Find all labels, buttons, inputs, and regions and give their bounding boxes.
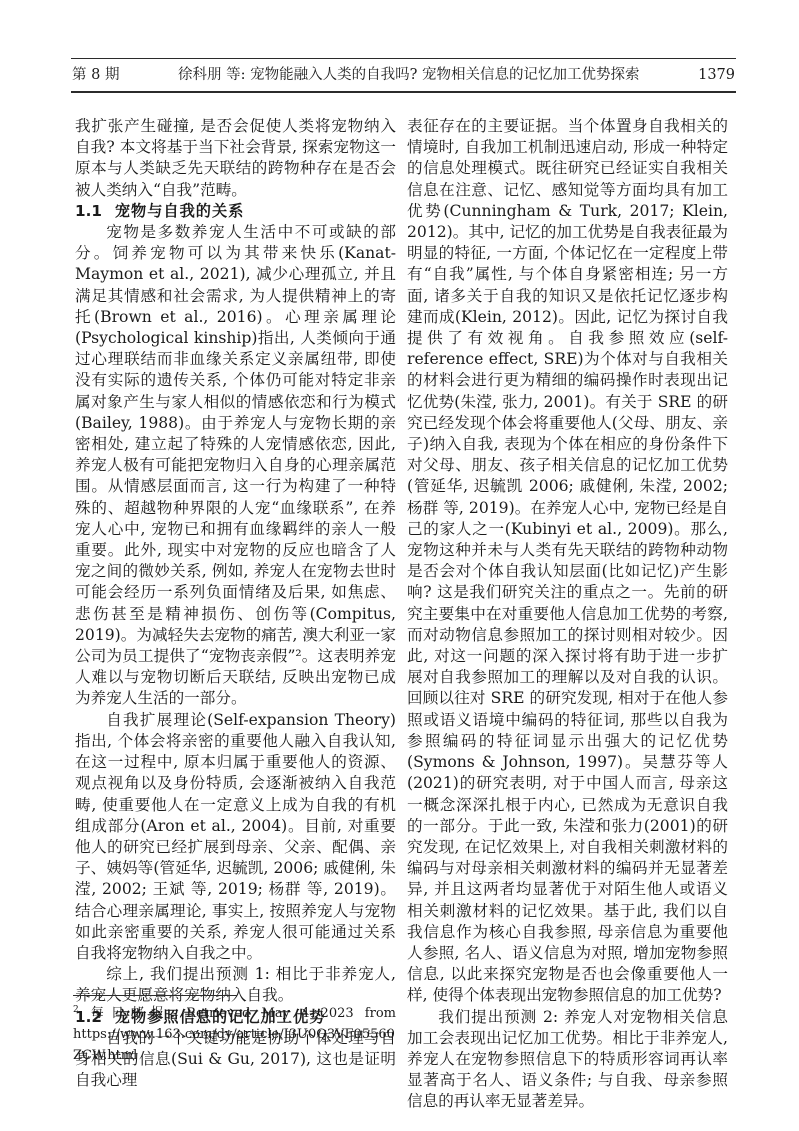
footnote: 2每日邮报. Retrieved May 4 2023 from https:/… — [73, 1003, 396, 1066]
issue-number: 第 8 期 — [72, 66, 119, 84]
journal-page: 第 8 期 徐科朋 等: 宠物能融入人类的自我吗? 宠物相关信息的记忆加工优势探… — [0, 0, 799, 1131]
running-header: 第 8 期 徐科朋 等: 宠物能融入人类的自我吗? 宠物相关信息的记忆加工优势探… — [72, 66, 735, 84]
section-number: 1.1 — [75, 202, 102, 220]
body-paragraph: 宠物是多数养宠人生活中不可或缺的部分。饲养宠物可以为其带来快乐(Kanat-Ma… — [75, 222, 396, 710]
left-column: 我扩张产生碰撞, 是否会促使人类将宠物纳入自我? 本文将基于当下社会背景, 探索… — [75, 116, 396, 1091]
body-paragraph: 我们提出预测 2: 养宠人对宠物相关信息加工会表现出记忆加工优势。相比于非养宠人… — [407, 1007, 728, 1113]
body-paragraph: 表征存在的主要证据。当个体置身自我相关的情境时, 自我加工机制迅速启动, 形成一… — [407, 116, 728, 1007]
header-bottom-rule — [71, 91, 736, 93]
section-heading: 1.1宠物与自我的关系 — [75, 201, 396, 222]
footnote-text: 每日邮报. Retrieved May 4 2023 from https://… — [73, 1006, 396, 1063]
body-paragraph: 我扩张产生碰撞, 是否会促使人类将宠物纳入自我? 本文将基于当下社会背景, 探索… — [75, 116, 396, 201]
footnote-marker: 2 — [73, 1005, 79, 1015]
section-title: 宠物与自我的关系 — [115, 202, 245, 220]
running-title: 徐科朋 等: 宠物能融入人类的自我吗? 宠物相关信息的记忆加工优势探索 — [119, 66, 698, 84]
right-column: 表征存在的主要证据。当个体置身自我相关的情境时, 自我加工机制迅速启动, 形成一… — [407, 116, 728, 1113]
footnote-separator-rule — [73, 995, 237, 996]
body-paragraph: 综上, 我们提出预测 1: 相比于非养宠人, 养宠人更愿意将宠物纳入自我。 — [75, 964, 396, 1006]
header-top-rule — [71, 58, 736, 59]
page-number: 1379 — [698, 66, 735, 84]
body-paragraph: 自我扩展理论(Self-expansion Theory)指出, 个体会将亲密的… — [75, 710, 396, 964]
